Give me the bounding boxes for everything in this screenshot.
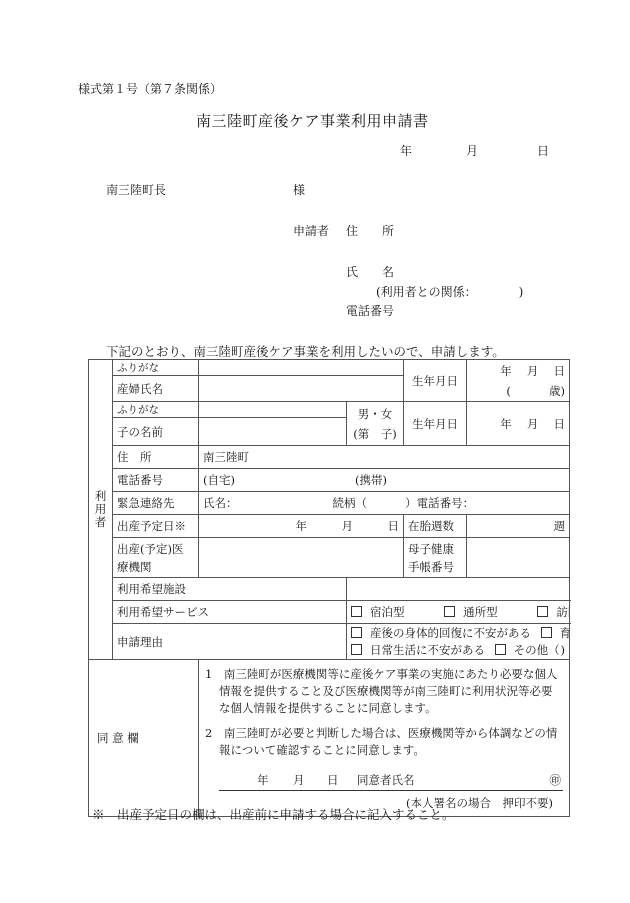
application-table: 利用者 ふりがな 生年月日 年 月 日( 歳) 産婦氏名 ふりがな 男・女(第 …: [88, 359, 570, 817]
applicant-phone-label: 電話番号: [346, 302, 394, 319]
consent-label: 同 意 欄: [89, 660, 199, 817]
consent-signature-line[interactable]: 年 月 日 同意者氏名 ㊞: [219, 773, 563, 791]
handbook-input[interactable]: [467, 538, 570, 578]
facility-label: 利用希望施設: [113, 578, 347, 601]
address-input[interactable]: 南三陸町: [199, 446, 570, 469]
mother-name-input[interactable]: [199, 376, 404, 402]
checkbox-icon: [537, 606, 548, 617]
applicant-name-label: 氏 名: [346, 263, 394, 280]
checkbox-icon: [351, 627, 362, 638]
mother-birthdate-input[interactable]: 年 月 日( 歳): [467, 360, 570, 402]
mother-furigana-label: ふりがな: [113, 360, 199, 376]
date-day: 日: [537, 142, 549, 159]
user-group-label: 利用者: [89, 360, 113, 660]
facility-input[interactable]: [347, 578, 570, 601]
applicant-label: 申請者: [293, 222, 329, 239]
due-date-label: 出産予定日※: [113, 515, 199, 538]
service-options: 宿泊型 通所型 訪問型: [347, 601, 570, 624]
checkbox-icon: [351, 644, 362, 655]
phone-input[interactable]: (自宅)(携帯): [199, 469, 570, 492]
emergency-label: 緊急連絡先: [113, 492, 199, 515]
checkbox-icon: [495, 644, 506, 655]
applicant-relation: (利用者との関係： ): [376, 283, 523, 300]
reason-checkbox-childcare[interactable]: 育児について不安がある: [541, 626, 570, 640]
date-year: 年: [400, 142, 412, 159]
form-number: 様式第１号（第７条関係）: [78, 80, 222, 97]
phone-label: 電話番号: [113, 469, 199, 492]
service-checkbox-stay[interactable]: 宿泊型: [351, 605, 405, 619]
mother-furigana-input[interactable]: [199, 360, 404, 376]
gestation-label: 在胎週数: [404, 515, 467, 538]
handbook-label: 母子健康手帳番号: [404, 538, 467, 578]
service-label: 利用希望サービス: [113, 601, 347, 624]
reason-label: 申請理由: [113, 624, 347, 660]
child-name-input[interactable]: [199, 418, 347, 446]
due-date-input[interactable]: 年 月 日: [199, 515, 404, 538]
checkbox-icon: [444, 606, 455, 617]
emergency-input[interactable]: 氏名：続柄（ ）電話番号：: [199, 492, 570, 515]
mother-birthdate-label: 生年月日: [404, 360, 467, 402]
applicant-address-label: 住 所: [346, 222, 394, 239]
child-birthdate-label: 生年月日: [404, 402, 467, 446]
reason-checkbox-other[interactable]: その他（: [495, 643, 560, 657]
mother-name-label: 産婦氏名: [113, 376, 199, 402]
address-label: 住 所: [113, 446, 199, 469]
footnote: ※ 出産予定日の欄は、出産前に申請する場合に記入すること。: [92, 805, 455, 823]
seal-icon: ㊞: [550, 772, 562, 789]
child-name-label: 子の名前: [113, 418, 199, 446]
hospital-label: 出産(予定)医療機関: [113, 538, 199, 578]
reason-checkbox-recovery[interactable]: 産後の身体的回復に不安がある: [351, 626, 531, 640]
reason-checkbox-daily-life[interactable]: 日常生活に不安がある: [351, 643, 485, 657]
consent-item-1: 1 南三陸町が医療機関等に産後ケア事業の実施にあたり必要な個人情報を提供すること…: [205, 666, 563, 717]
gestation-input[interactable]: 週: [467, 515, 570, 538]
service-checkbox-visit[interactable]: 訪問型: [537, 605, 569, 619]
checkbox-icon: [351, 606, 362, 617]
honorific: 様: [293, 181, 305, 198]
service-checkbox-daycare[interactable]: 通所型: [444, 605, 498, 619]
hospital-input[interactable]: [199, 538, 404, 578]
checkbox-icon: [541, 627, 552, 638]
addressee: 南三陸町長: [106, 181, 166, 198]
child-gender-order[interactable]: 男・女(第 子): [347, 402, 404, 446]
child-birthdate-input[interactable]: 年 月 日: [467, 402, 570, 446]
reason-options: 産後の身体的回復に不安がある 育児について不安がある 日常生活に不安がある その…: [347, 624, 570, 660]
date-month: 月: [466, 142, 478, 159]
intro-text: 下記のとおり、南三陸町産後ケア事業を利用したいので、申請します。: [106, 342, 505, 360]
consent-item-2: 2 南三陸町が必要と判断した場合は、医療機関等から体調などの情報について確認する…: [205, 725, 563, 759]
child-furigana-input[interactable]: [199, 402, 347, 418]
consent-section: 1 南三陸町が医療機関等に産後ケア事業の実施にあたり必要な個人情報を提供すること…: [199, 660, 570, 817]
child-furigana-label: ふりがな: [113, 402, 199, 418]
page-title: 南三陸町産後ケア事業利用申請書: [196, 110, 429, 131]
